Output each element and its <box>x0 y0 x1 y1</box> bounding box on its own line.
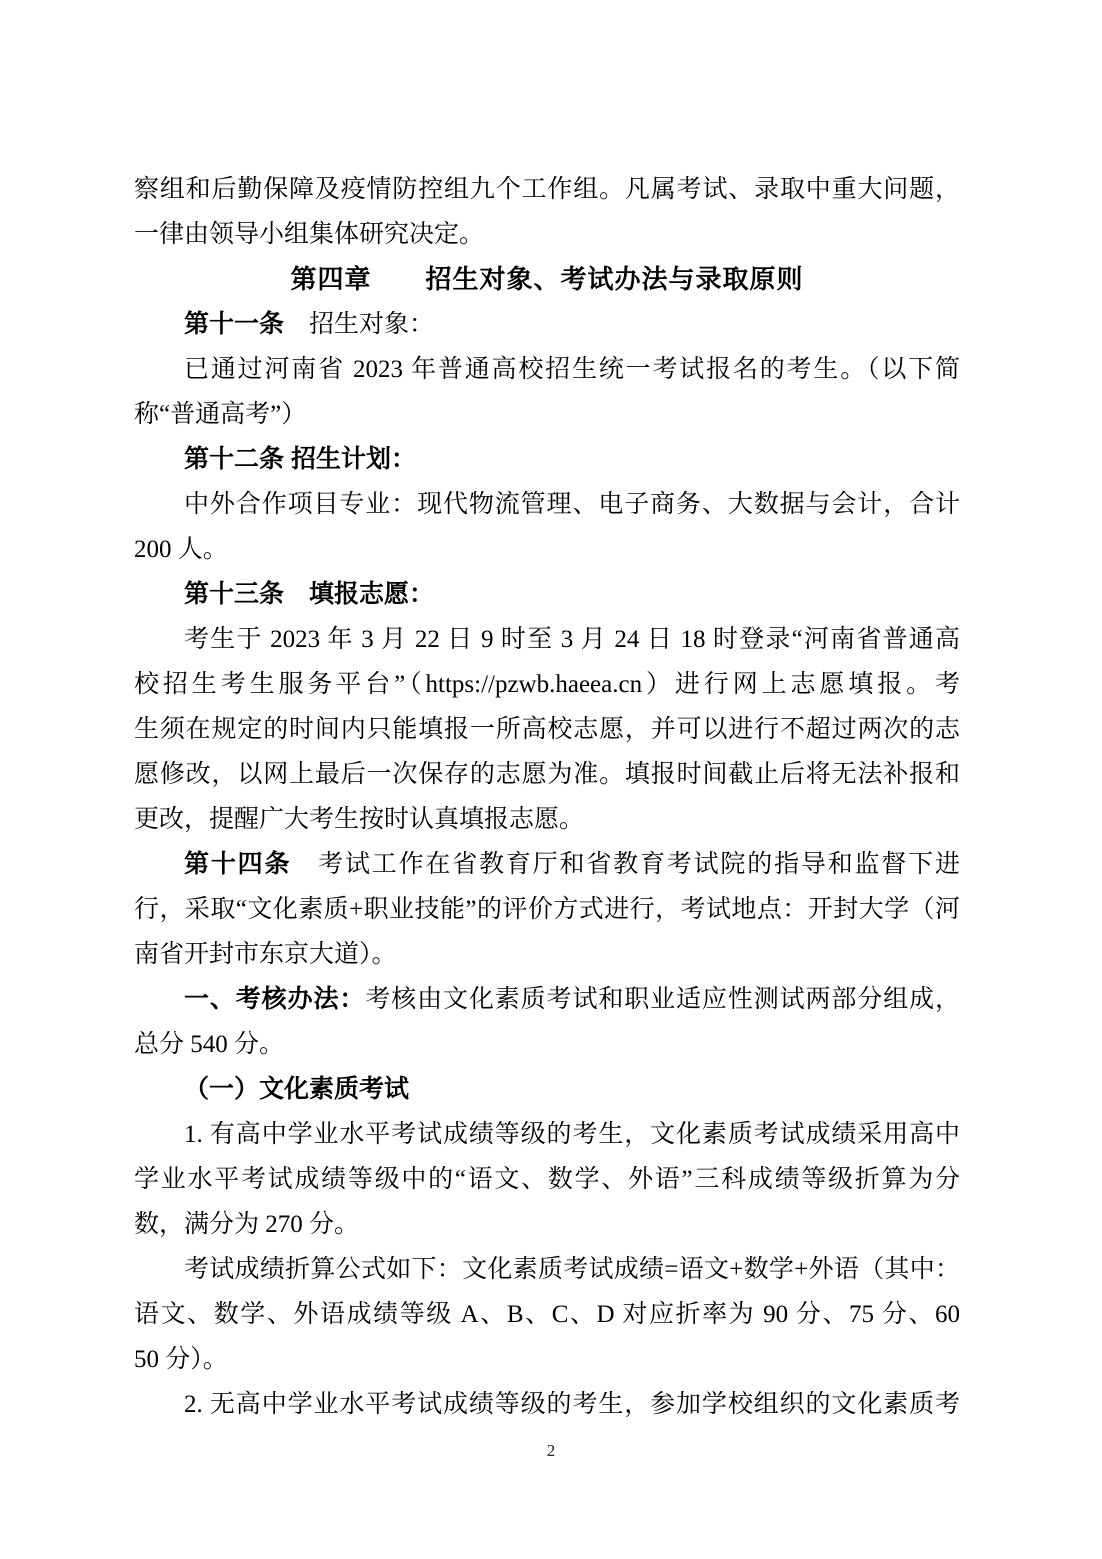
text-line: 生须在规定的时间内只能填报一所高校志愿，并可以进行不超过两次的志 <box>134 707 960 752</box>
text-segment: 行，采取“文化素质+职业技能”的评价方式进行，考试地点：开封大学（河 <box>134 896 960 923</box>
article-13-title: 第十三条 填报志愿： <box>134 572 960 617</box>
para-continuation: 察组和后勤保障及疫情防控组九个工作组。凡属考试、录取中重大问题，一律由领导小组集… <box>134 167 960 257</box>
text-segment: 中外合作项目专业：现代物流管理、电子商务、大数据与会计，合计 <box>184 491 960 518</box>
text-line: 第十四条 考试工作在省教育厅和省教育考试院的指导和监督下进 <box>134 842 960 887</box>
text-line: 2. 无高中学业水平考试成绩等级的考生，参加学校组织的文化素质考 <box>134 1382 960 1427</box>
text-segment: 考生于 2023 年 3 月 22 日 9 时至 3 月 24 日 18 时登录… <box>184 626 960 653</box>
text-line: 行，采取“文化素质+职业技能”的评价方式进行，考试地点：开封大学（河 <box>134 887 960 932</box>
text-line: 更改，提醒广大考生按时认真填报志愿。 <box>134 797 960 842</box>
page-number: 2 <box>547 1441 556 1460</box>
article-13-body: 考生于 2023 年 3 月 22 日 9 时至 3 月 24 日 18 时登录… <box>134 617 960 842</box>
text-line: 一、考核办法：考核由文化素质考试和职业适应性测试两部分组成， <box>134 977 960 1022</box>
text-segment: 200 人。 <box>134 536 228 563</box>
text-line: （一）文化素质考试 <box>134 1067 960 1112</box>
text-segment: 50 分）。 <box>134 1346 228 1373</box>
text-segment: 第十四条 <box>184 850 291 878</box>
heading-line: 第四章 招生对象、考试办法与录取原则 <box>134 257 960 302</box>
conversion-formula: 考试成绩折算公式如下：文化素质考试成绩=语文+数学+外语（其中：语文、数学、外语… <box>134 1247 960 1382</box>
text-line: 南省开封市东京大道）。 <box>134 932 960 977</box>
chapter-4-heading: 第四章 招生对象、考试办法与录取原则 <box>134 257 960 302</box>
text-line: 考试成绩折算公式如下：文化素质考试成绩=语文+数学+外语（其中： <box>134 1247 960 1292</box>
text-line: 总分 540 分。 <box>134 1022 960 1067</box>
text-segment: 考试成绩折算公式如下：文化素质考试成绩=语文+数学+外语（其中： <box>184 1256 960 1283</box>
text-line: 第十一条 招生对象： <box>134 302 960 347</box>
article-11-title: 第十一条 招生对象： <box>134 302 960 347</box>
text-segment: 语文、数学、外语成绩等级 A、B、C、D 对应折率为 90 分、75 分、60 … <box>134 1301 960 1337</box>
text-line: 语文、数学、外语成绩等级 A、B、C、D 对应折率为 90 分、75 分、60 … <box>134 1292 960 1337</box>
text-line: 50 分）。 <box>134 1337 960 1382</box>
text-segment: 第四章 招生对象、考试办法与录取原则 <box>290 264 803 294</box>
text-segment: 2. 无高中学业水平考试成绩等级的考生，参加学校组织的文化素质考 <box>184 1391 960 1418</box>
text-line: 数，满分为 270 分。 <box>134 1202 960 1247</box>
text-segment: 校招生考生服务平台”（https://pzwb.haeea.cn）进行网上志愿填… <box>134 671 960 698</box>
article-12-body: 中外合作项目专业：现代物流管理、电子商务、大数据与会计，合计200 人。 <box>134 482 960 572</box>
text-segment: 数，满分为 270 分。 <box>134 1211 359 1238</box>
text-line: 察组和后勤保障及疫情防控组九个工作组。凡属考试、录取中重大问题， <box>134 167 960 212</box>
text-line: 第十二条 招生计划： <box>134 437 960 482</box>
text-segment: 考核由文化素质考试和职业适应性测试两部分组成， <box>365 986 960 1013</box>
item-1: 1. 有高中学业水平考试成绩等级的考生，文化素质考试成绩采用高中学业水平考试成绩… <box>134 1112 960 1247</box>
article-11-body: 已通过河南省 2023 年普通高校招生统一考试报名的考生。（以下简称“普通高考”… <box>134 347 960 437</box>
article-14: 第十四条 考试工作在省教育厅和省教育考试院的指导和监督下进行，采取“文化素质+职… <box>134 842 960 977</box>
text-segment: 1. 有高中学业水平考试成绩等级的考生，文化素质考试成绩采用高中 <box>184 1121 960 1148</box>
text-segment: 一、考核办法： <box>184 985 365 1013</box>
text-segment: （一）文化素质考试 <box>184 1075 409 1103</box>
text-line: 考生于 2023 年 3 月 22 日 9 时至 3 月 24 日 18 时登录… <box>134 617 960 662</box>
article-12-title: 第十二条 招生计划： <box>134 437 960 482</box>
text-line: 学业水平考试成绩等级中的“语文、数学、外语”三科成绩等级折算为分 <box>134 1157 960 1202</box>
text-line: 200 人。 <box>134 527 960 572</box>
document-page: 察组和后勤保障及疫情防控组九个工作组。凡属考试、录取中重大问题，一律由领导小组集… <box>0 0 1102 1559</box>
text-line: 校招生考生服务平台”（https://pzwb.haeea.cn）进行网上志愿填… <box>134 662 960 707</box>
text-segment: 南省开封市东京大道）。 <box>134 941 397 968</box>
text-segment: 第十一条 <box>184 310 284 338</box>
text-segment: 总分 540 分。 <box>134 1031 284 1058</box>
text-segment: 第十二条 招生计划： <box>184 445 416 473</box>
text-line: 已通过河南省 2023 年普通高校招生统一考试报名的考生。（以下简 <box>134 347 960 392</box>
text-line: 一律由领导小组集体研究决定。 <box>134 212 960 257</box>
text-segment: 第十三条 填报志愿： <box>184 580 434 608</box>
text-line: 中外合作项目专业：现代物流管理、电子商务、大数据与会计，合计 <box>134 482 960 527</box>
page-footer: 2 <box>0 1441 1102 1461</box>
text-line: 称“普通高考”） <box>134 392 960 437</box>
text-segment: 愿修改，以网上最后一次保存的志愿为准。填报时间截止后将无法补报和 <box>134 761 960 788</box>
text-segment: 称“普通高考”） <box>134 401 306 428</box>
text-line: 愿修改，以网上最后一次保存的志愿为准。填报时间截止后将无法补报和 <box>134 752 960 797</box>
text-segment: 已通过河南省 2023 年普通高校招生统一考试报名的考生。（以下简 <box>184 356 960 383</box>
item-2: 2. 无高中学业水平考试成绩等级的考生，参加学校组织的文化素质考 <box>134 1382 960 1427</box>
text-segment: 生须在规定的时间内只能填报一所高校志愿，并可以进行不超过两次的志 <box>134 716 960 743</box>
assessment-method: 一、考核办法：考核由文化素质考试和职业适应性测试两部分组成，总分 540 分。 <box>134 977 960 1067</box>
text-segment: 招生对象： <box>284 311 434 338</box>
section-1-title: （一）文化素质考试 <box>134 1067 960 1112</box>
text-segment: 一律由领导小组集体研究决定。 <box>134 221 484 248</box>
text-segment: 考试工作在省教育厅和省教育考试院的指导和监督下进 <box>291 851 960 878</box>
text-segment: 更改，提醒广大考生按时认真填报志愿。 <box>134 806 584 833</box>
page-content: 察组和后勤保障及疫情防控组九个工作组。凡属考试、录取中重大问题，一律由领导小组集… <box>134 167 960 1427</box>
text-segment: 学业水平考试成绩等级中的“语文、数学、外语”三科成绩等级折算为分 <box>134 1166 960 1193</box>
text-line: 1. 有高中学业水平考试成绩等级的考生，文化素质考试成绩采用高中 <box>134 1112 960 1157</box>
text-segment: 察组和后勤保障及疫情防控组九个工作组。凡属考试、录取中重大问题， <box>134 176 960 203</box>
text-line: 第十三条 填报志愿： <box>134 572 960 617</box>
